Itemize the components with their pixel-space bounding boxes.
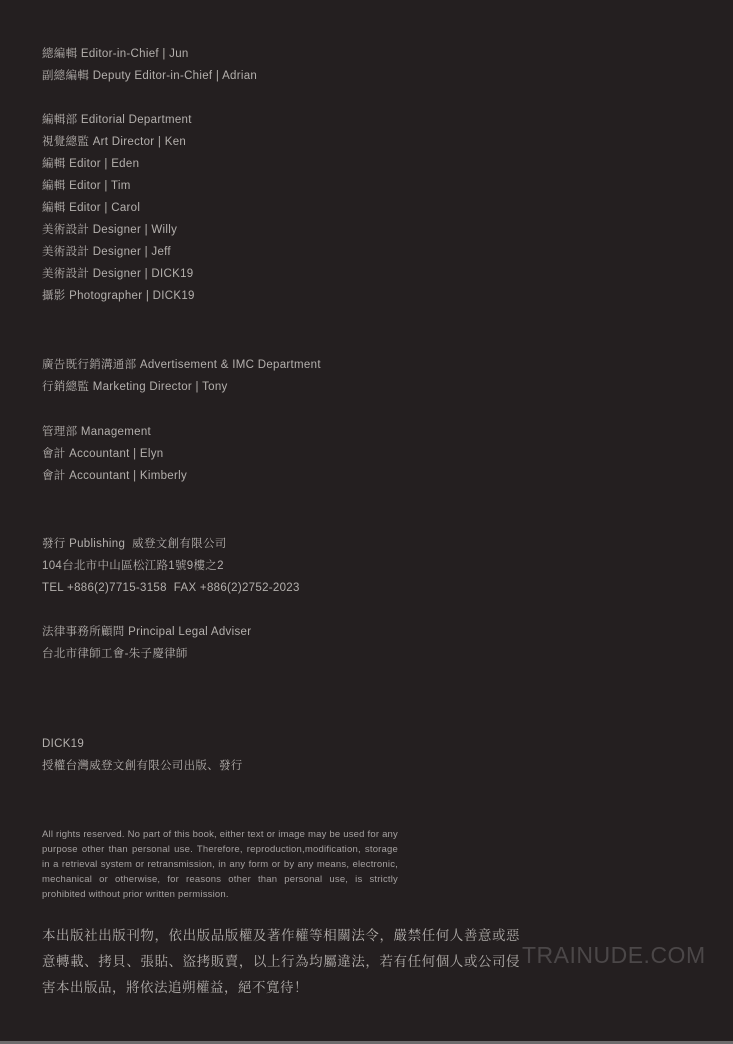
masthead-line: 行銷總監 Marketing Director | Tony — [42, 376, 692, 398]
masthead-line: DICK19 — [42, 733, 692, 755]
masthead-line: 編輯 Editor | Tim — [42, 175, 692, 197]
masthead-line: 發行 Publishing 威登文創有限公司 — [42, 533, 692, 555]
masthead-line: 編輯 Editor | Eden — [42, 153, 692, 175]
publisher-address: 104台北市中山區松江路1號9樓之2 — [42, 555, 692, 577]
section-authorization: DICK19 授權台灣威登文創有限公司出版、發行 — [42, 733, 692, 777]
masthead-line: 會計 Accountant | Kimberly — [42, 465, 692, 487]
section-chief-editors: 總編輯 Editor-in-Chief | Jun 副總編輯 Deputy Ed… — [42, 43, 692, 87]
masthead-line: 編輯部 Editorial Department — [42, 109, 692, 131]
masthead: 總編輯 Editor-in-Chief | Jun 副總編輯 Deputy Ed… — [42, 0, 692, 1001]
section-editorial-department: 編輯部 Editorial Department 視覺總監 Art Direct… — [42, 109, 692, 307]
watermark-text: TRAINUDE.COM — [522, 942, 706, 969]
section-legal-adviser: 法律事務所顧問 Principal Legal Adviser 台北市律師工會-… — [42, 621, 692, 665]
masthead-line: 美術設計 Designer | Willy — [42, 219, 692, 241]
masthead-line: 美術設計 Designer | DICK19 — [42, 263, 692, 285]
masthead-line: 授權台灣威登文創有限公司出版、發行 — [42, 755, 692, 777]
masthead-line: 會計 Accountant | Elyn — [42, 443, 692, 465]
section-management: 管理部 Management 會計 Accountant | Elyn 會計 A… — [42, 421, 692, 487]
colophon-page: 總編輯 Editor-in-Chief | Jun 副總編輯 Deputy Ed… — [0, 0, 733, 1044]
english-copyright-notice: All rights reserved. No part of this boo… — [42, 827, 398, 902]
section-advertisement-imc: 廣告既行銷溝通部 Advertisement & IMC Department … — [42, 354, 692, 398]
masthead-line: 廣告既行銷溝通部 Advertisement & IMC Department — [42, 354, 692, 376]
masthead-line: 編輯 Editor | Carol — [42, 197, 692, 219]
publisher-phone-fax: TEL +886(2)7715-3158 FAX +886(2)2752-202… — [42, 577, 692, 599]
masthead-line: 法律事務所顧問 Principal Legal Adviser — [42, 621, 692, 643]
masthead-line: 台北市律師工會-朱子慶律師 — [42, 643, 692, 665]
masthead-line: 管理部 Management — [42, 421, 692, 443]
section-publishing: 發行 Publishing 威登文創有限公司 104台北市中山區松江路1號9樓之… — [42, 533, 692, 599]
masthead-line: 攝影 Photographer | DICK19 — [42, 285, 692, 307]
masthead-line: 美術設計 Designer | Jeff — [42, 241, 692, 263]
masthead-line: 視覺總監 Art Director | Ken — [42, 131, 692, 153]
chinese-copyright-notice: 本出版社出版刊物，依出版品版權及著作權等相關法令，嚴禁任何人善意或惡意轉載、拷貝… — [42, 923, 520, 1001]
masthead-line: 總編輯 Editor-in-Chief | Jun — [42, 43, 692, 65]
masthead-line: 副總編輯 Deputy Editor-in-Chief | Adrian — [42, 65, 692, 87]
